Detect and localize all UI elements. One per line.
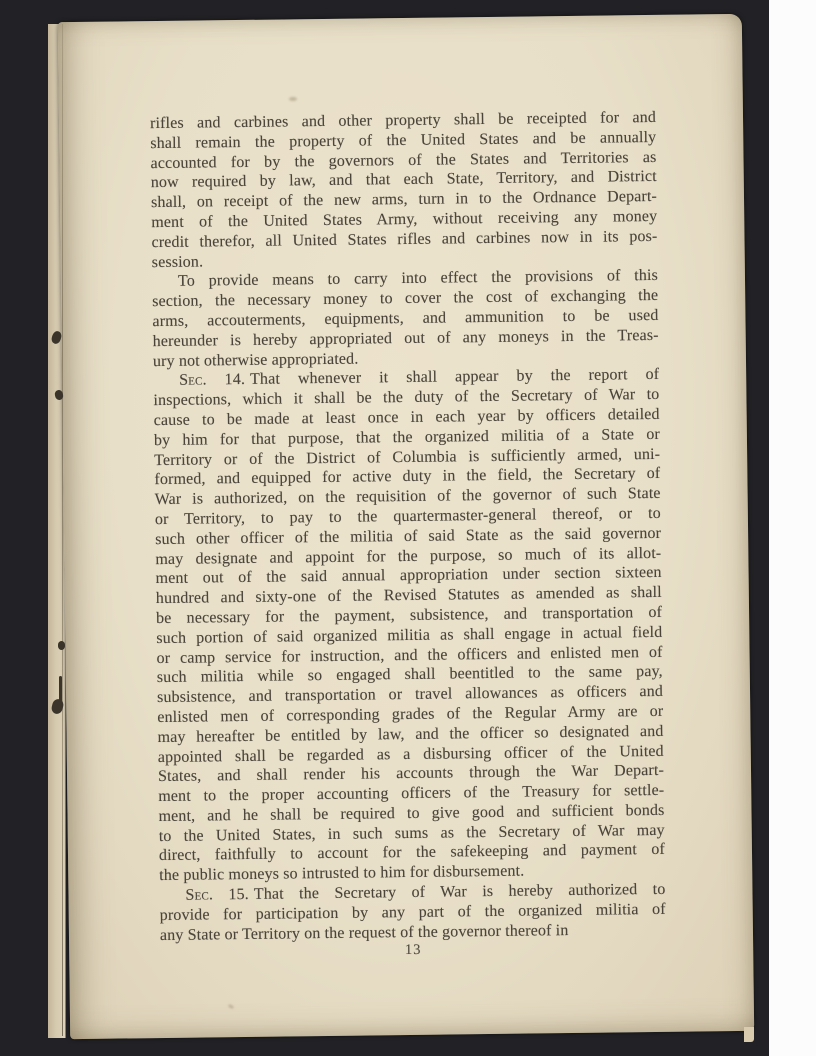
binding-gutter-line <box>62 24 63 1036</box>
underlying-page-corner <box>744 1027 754 1042</box>
page-text-block: rifles and carbines and other property s… <box>150 108 666 946</box>
section-label: Sec. 14. <box>179 371 245 389</box>
section-label: Sec. 15. <box>185 886 249 904</box>
paper-speck <box>289 97 297 101</box>
book-page: rifles and carbines and other property s… <box>58 14 754 1039</box>
scan-right-margin <box>769 0 816 1056</box>
binding-stitch-mark <box>58 641 65 650</box>
